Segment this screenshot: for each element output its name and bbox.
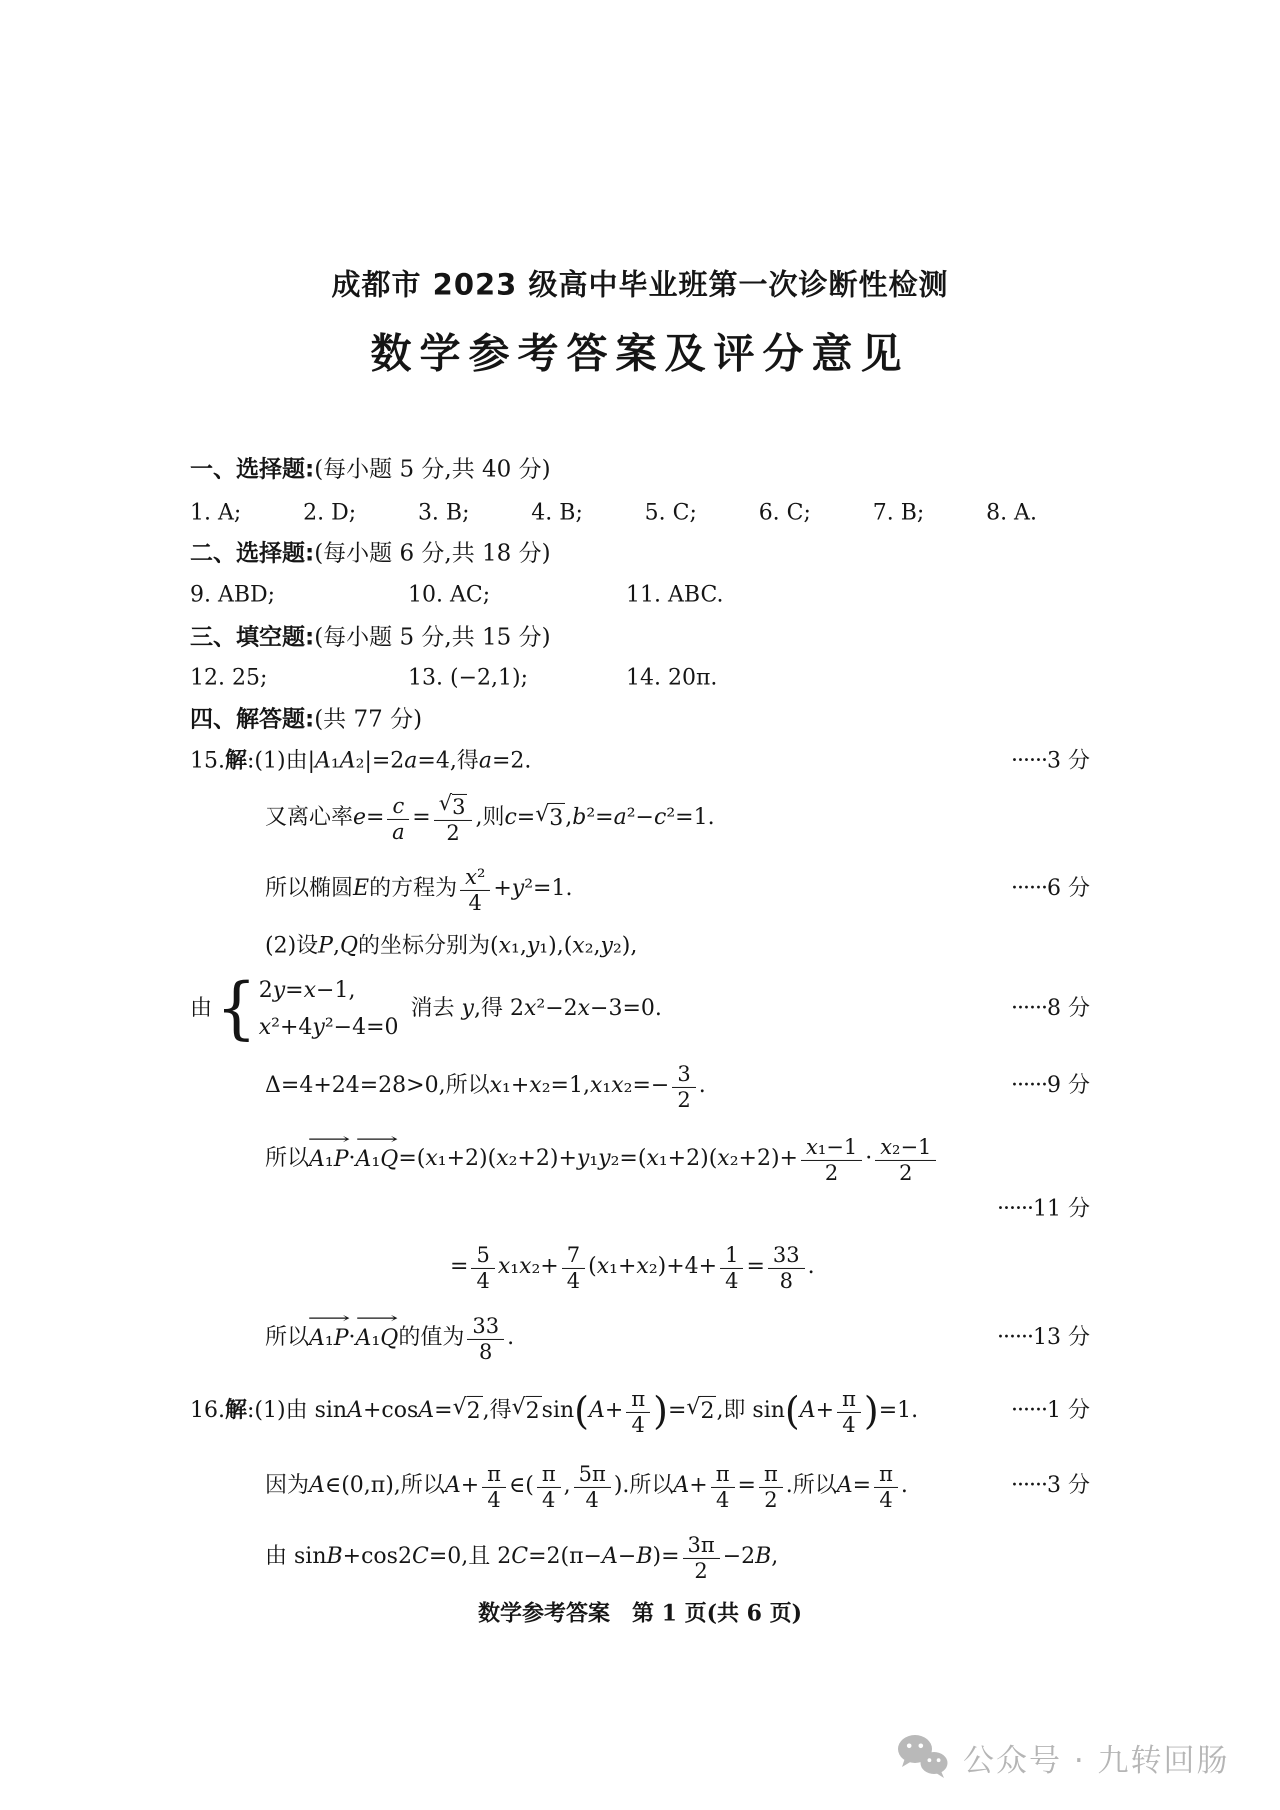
score-marker: ······13 分	[997, 1324, 1090, 1352]
answers-list: 12. 25;13. (−2,1);14. 20π.	[190, 664, 1090, 692]
answer-item: 9. ABD;	[190, 581, 408, 609]
solution-text: 15. 解:(1)由|A₁A₂|=2a=4,得 a=2.	[190, 747, 531, 775]
section-label: 一、选择题:	[190, 456, 314, 485]
score-marker: ······11 分	[997, 1195, 1090, 1223]
solution-text: 16. 解:(1)由 sinA+cosA=√2,得√2sin(A+π4)=√2,…	[190, 1387, 918, 1435]
solution-text: 又离心率 e=ca=√32,则 c=√3,b²=a²−c²=1.	[190, 793, 715, 843]
solution-line: 因为 A∈(0,π),所以 A+π4∈(π4,5π4).所以 A+π4=π2.所…	[190, 1462, 1090, 1510]
section-heading: 四、解答题:(共 77 分)	[190, 706, 1090, 735]
page-footer: 数学参考答案 第 1 页(共 6 页)	[0, 1597, 1280, 1628]
answer-item: 10. AC;	[408, 581, 626, 609]
section-detail: (每小题 5 分,共 40 分)	[314, 456, 550, 485]
section-label: 二、选择题:	[190, 540, 314, 569]
score-marker: ······9 分	[1011, 1072, 1090, 1100]
answer-key-title: 数学参考答案及评分意见	[190, 321, 1090, 380]
section-detail: (共 77 分)	[314, 706, 422, 735]
watermark: 公众号 · 九转回肠	[897, 1734, 1230, 1780]
section-detail: (每小题 5 分,共 15 分)	[314, 624, 550, 653]
exam-title: 成都市 2023 级高中毕业班第一次诊断性检测	[190, 263, 1090, 304]
solution-text: 因为 A∈(0,π),所以 A+π4∈(π4,5π4).所以 A+π4=π2.所…	[190, 1462, 908, 1510]
brace-icon: {	[216, 977, 257, 1041]
section-heading: 二、选择题:(每小题 6 分,共 18 分)	[190, 540, 1090, 569]
section-detail: (每小题 6 分,共 18 分)	[314, 540, 550, 569]
section-heading: 一、选择题:(每小题 5 分,共 40 分)	[190, 456, 1090, 485]
solution-text: Δ=4+24=28>0,所以 x₁+x₂=1,x₁x₂=−32.	[190, 1062, 706, 1110]
solution-line: 15. 解:(1)由|A₁A₂|=2a=4,得 a=2.······3 分	[190, 747, 1090, 775]
answers-row: 12. 25;13. (−2,1);14. 20π.	[190, 664, 1090, 692]
solution-line: 16. 解:(1)由 sinA+cosA=√2,得√2sin(A+π4)=√2,…	[190, 1387, 1090, 1435]
solution-text: 所以椭圆 E 的方程为x²4+y²=1.	[190, 865, 572, 913]
answer-item: 14. 20π.	[626, 664, 844, 692]
solution-text: 由 sinB+cos2C=0,且 2C=2(π−A−B)=3π2−2B,	[190, 1533, 778, 1581]
solution-text: (2)设 P,Q 的坐标分别为(x₁,y₁),(x₂,y₂),	[190, 932, 637, 960]
answer-item: 7. B;	[873, 499, 925, 527]
solution-line: 所以⟶A₁P · ⟶A₁Q的值为338.······13 分	[190, 1314, 1090, 1362]
solution-text: =54x₁x₂+74(x₁+x₂)+4+14=338.	[190, 1243, 815, 1291]
solution-text: 所以⟶A₁P · ⟶A₁Q的值为338.	[190, 1314, 514, 1362]
score-marker: ······8 分	[1011, 995, 1090, 1023]
answer-item: 5. C;	[645, 499, 697, 527]
answer-item: 6. C;	[759, 499, 811, 527]
answer-item: 2. D;	[303, 499, 356, 527]
solution-line: 又离心率 e=ca=√32,则 c=√3,b²=a²−c²=1.	[190, 793, 1090, 843]
answers-list: 9. ABD;10. AC;11. ABC.	[190, 581, 1090, 609]
section-label: 三、填空题:	[190, 624, 314, 653]
case-equation: 2y=x−1,	[259, 977, 399, 1005]
answer-item: 1. A;	[190, 499, 241, 527]
score-marker: ······6 分	[1011, 875, 1090, 903]
cases-lead: 由	[190, 995, 212, 1023]
solution-line: =54x₁x₂+74(x₁+x₂)+4+14=338.	[190, 1243, 1090, 1291]
answer-item: 4. B;	[531, 499, 583, 527]
solution-line: Δ=4+24=28>0,所以 x₁+x₂=1,x₁x₂=−32.······9 …	[190, 1062, 1090, 1110]
answer-item: 8. A.	[986, 499, 1037, 527]
section-heading: 三、填空题:(每小题 5 分,共 15 分)	[190, 624, 1090, 653]
answer-item: 13. (−2,1);	[408, 664, 626, 692]
solution-line: (2)设 P,Q 的坐标分别为(x₁,y₁),(x₂,y₂),	[190, 932, 1090, 960]
answers-list: 1. A;2. D;3. B;4. B;5. C;6. C;7. B;8. A.	[190, 499, 1090, 527]
answers-row: 1. A;2. D;3. B;4. B;5. C;6. C;7. B;8. A.	[190, 499, 1090, 527]
wechat-icon	[897, 1734, 949, 1780]
answers-row: 9. ABD;10. AC;11. ABC.	[190, 581, 1090, 609]
solution-line: 由 sinB+cos2C=0,且 2C=2(π−A−B)=3π2−2B,	[190, 1533, 1090, 1581]
score-marker: ······3 分	[1011, 747, 1090, 775]
answer-item: 11. ABC.	[626, 581, 844, 609]
equation-system: 由{2y=x−1,x²+4y²−4=0消去 y,得 2x²−2x−3=0.	[190, 977, 662, 1041]
answer-item: 3. B;	[418, 499, 470, 527]
solution-line: 所以椭圆 E 的方程为x²4+y²=1.······6 分	[190, 865, 1090, 913]
answer-sheet-page: 成都市 2023 级高中毕业班第一次诊断性检测 数学参考答案及评分意见 一、选择…	[0, 0, 1280, 1810]
solution-text: 所以⟶A₁P · ⟶A₁Q=(x₁+2)(x₂+2)+y₁y₂=(x₁+2)(x…	[190, 1135, 939, 1183]
section-label: 四、解答题:	[190, 706, 314, 735]
case-equation: x²+4y²−4=0	[259, 1014, 399, 1042]
solution-line: ······11 分	[190, 1195, 1090, 1223]
watermark-text: 公众号 · 九转回肠	[963, 1735, 1230, 1780]
solution-line: 由{2y=x−1,x²+4y²−4=0消去 y,得 2x²−2x−3=0.···…	[190, 977, 1090, 1041]
cases-tail: 消去 y,得 2x²−2x−3=0.	[411, 995, 662, 1023]
score-marker: ······1 分	[1011, 1397, 1090, 1425]
solution-line: 所以⟶A₁P · ⟶A₁Q=(x₁+2)(x₂+2)+y₁y₂=(x₁+2)(x…	[190, 1135, 1090, 1183]
score-marker: ······3 分	[1011, 1472, 1090, 1500]
answer-item: 12. 25;	[190, 664, 408, 692]
